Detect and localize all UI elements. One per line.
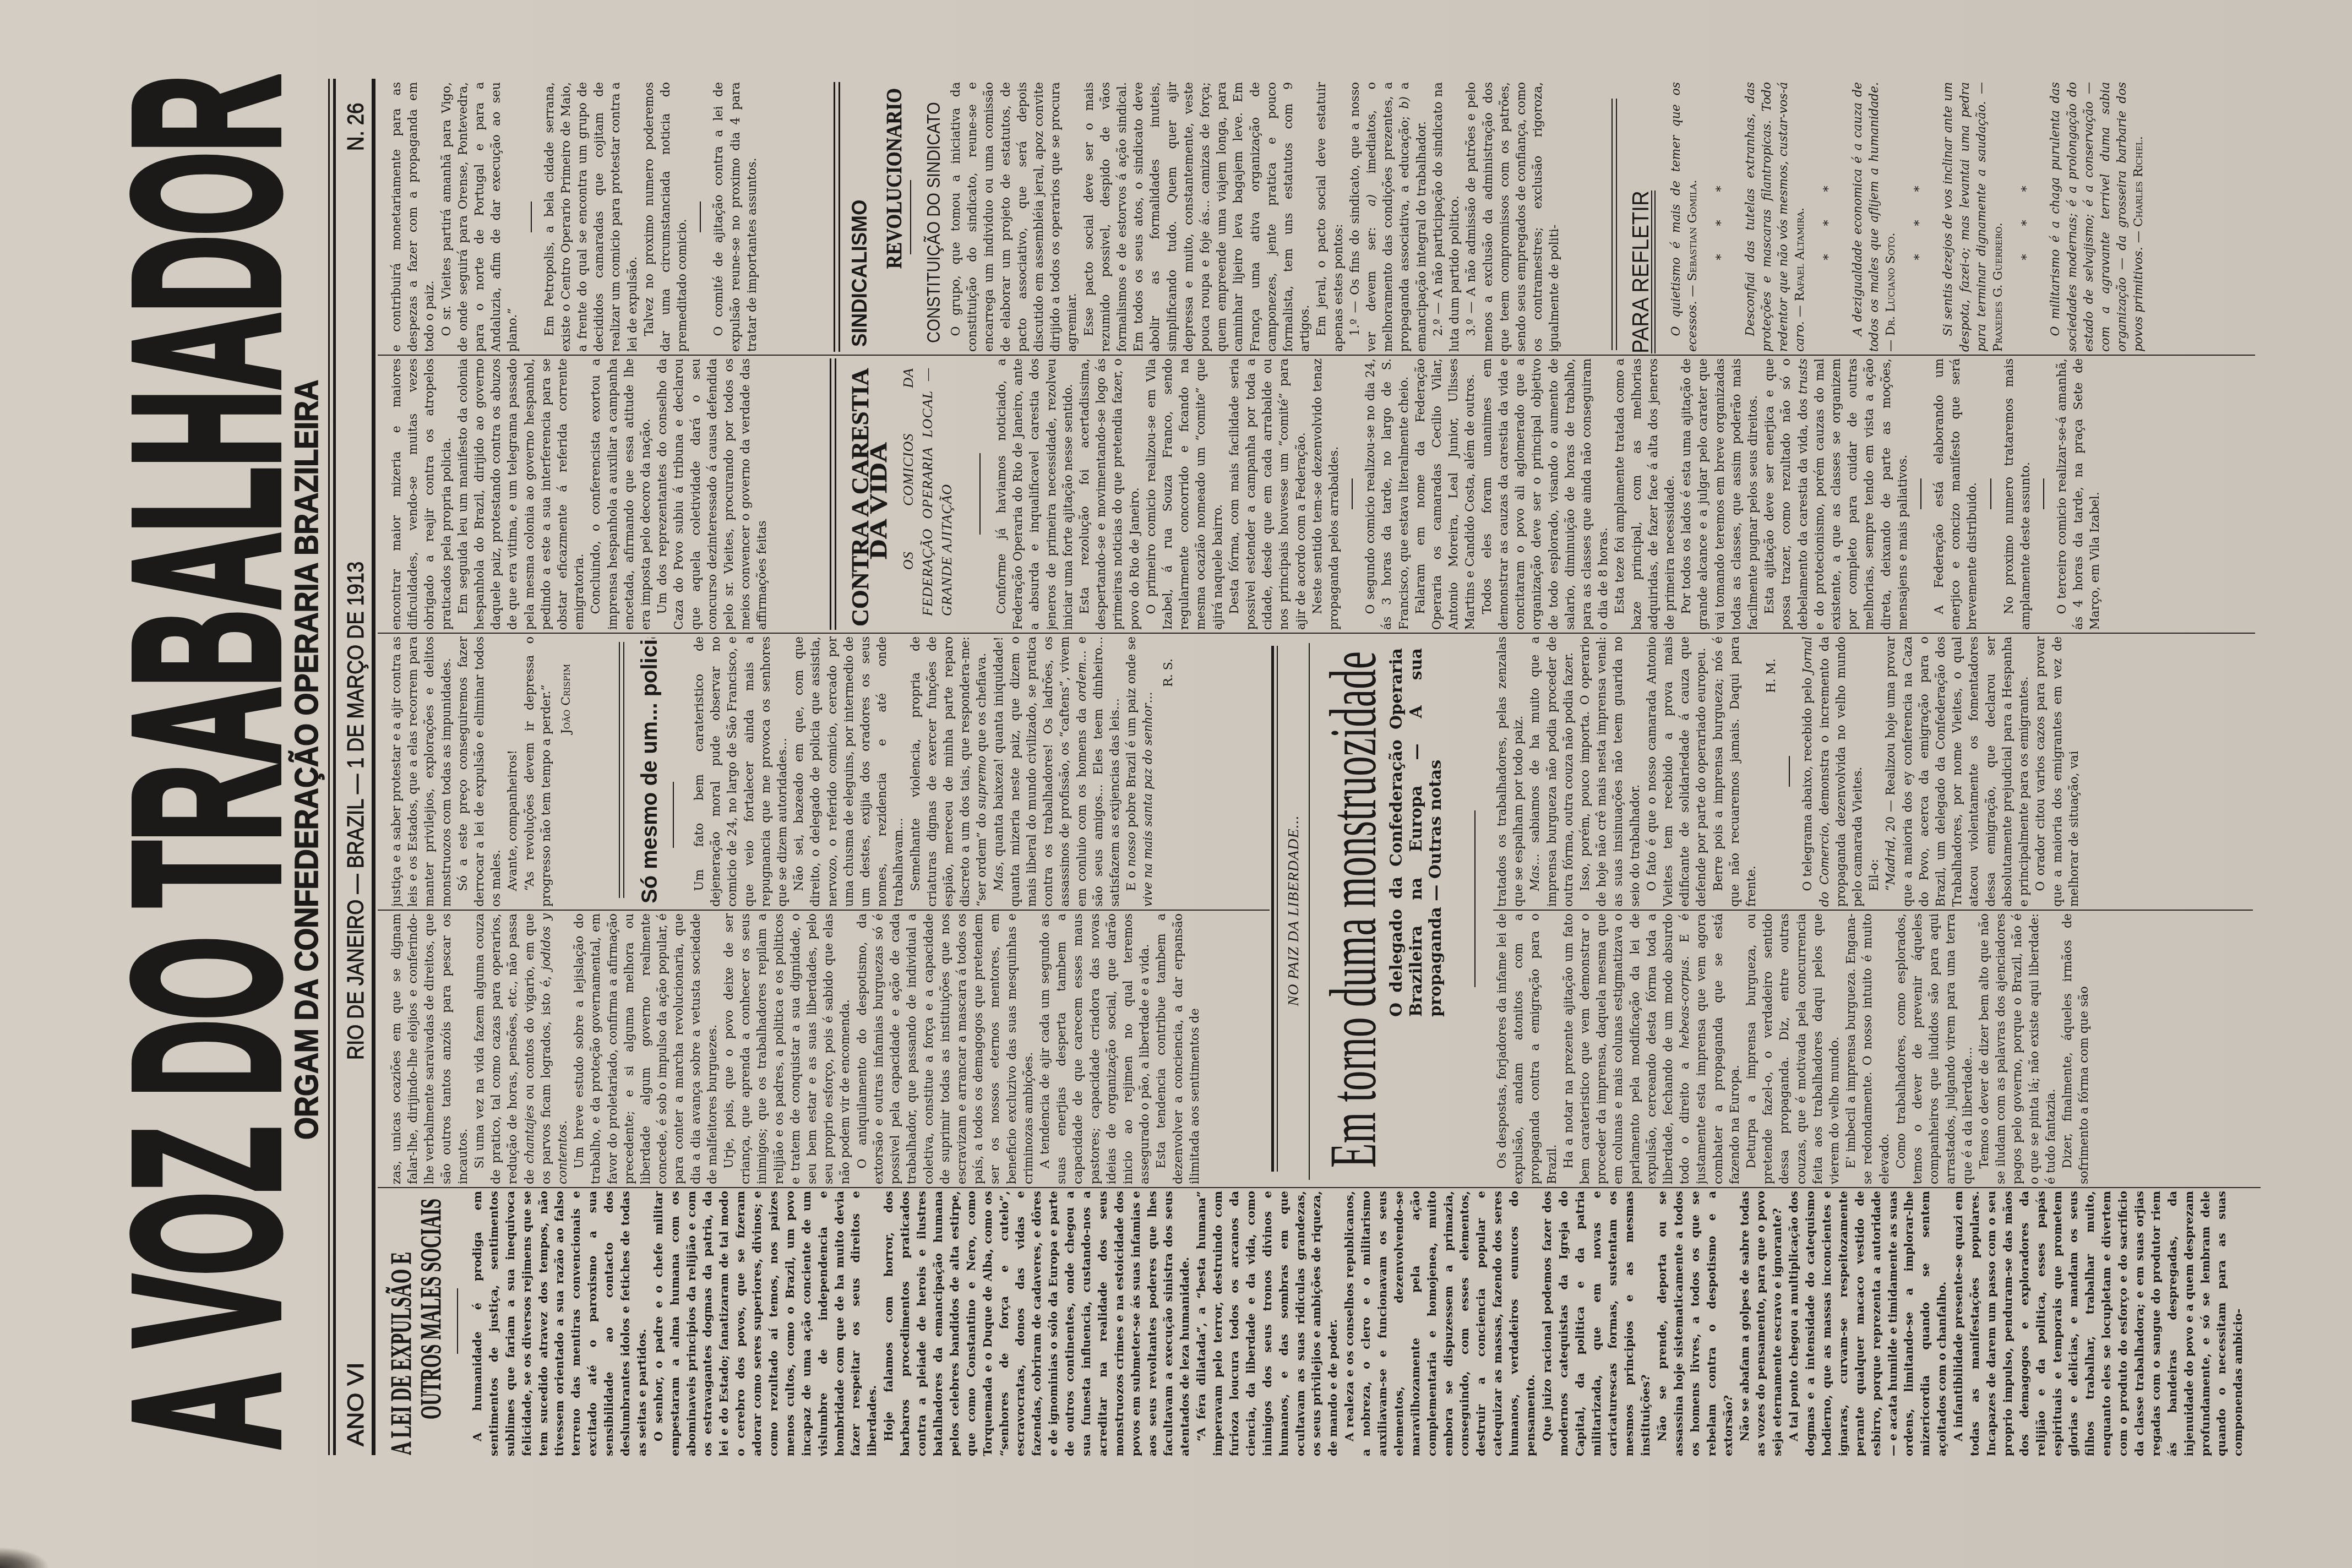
paragraph: Como trabalhadores, como esplorados, tem… bbox=[1893, 913, 1977, 1184]
paragraph: Berre pois a imprensa burgueza; nós é qu… bbox=[1711, 636, 1761, 907]
title-line-2: REVOLUCIONARIO bbox=[888, 88, 902, 269]
paragraph: A Federação está elaborando um enerjico … bbox=[1931, 358, 1981, 630]
paragraph: Concluindo, o conferencista exortou a im… bbox=[588, 358, 655, 630]
separator-rule bbox=[1789, 756, 1790, 787]
paragraph: Esta ajitação deve ser enerjica e que po… bbox=[1762, 358, 1912, 630]
dateline-rule bbox=[372, 79, 375, 1455]
column-5-body-upper: e contribuirá monetariamente para as des… bbox=[389, 82, 825, 352]
column-divider-4 bbox=[378, 355, 2255, 356]
paragraph: “A féra dilatada”, a “besta humana” impe… bbox=[1193, 1191, 1341, 1456]
quote: A dezigualdade economica é a cauza de to… bbox=[1850, 82, 1900, 352]
paragraph: O comité de ajitação contra a lei de exp… bbox=[711, 82, 761, 352]
quote: Desconfiai das tutelas extranhas, das pr… bbox=[1743, 82, 1809, 352]
paragraph: Dizer, finalmente, áqueles irmãos de sof… bbox=[2060, 913, 2093, 1184]
paragraph: Isso, porém, pouco importa. O operario d… bbox=[1577, 636, 1644, 907]
paragraph: Avante, companheiros! bbox=[505, 636, 521, 907]
paragraph: Si uma vez na vida fazem alguma couza de… bbox=[472, 913, 571, 1184]
paragraph: O primeiro comicio realizou-se em Vila I… bbox=[1144, 358, 1227, 630]
paragraph: Não se abafam a golpes de sabre todas as… bbox=[1736, 1191, 1786, 1456]
paragraph: O fato é que o nosso camarada Antonio Vi… bbox=[1644, 636, 1711, 907]
title-line-1: SINDICALISMO bbox=[852, 199, 868, 347]
paragraph: tratados os trabalhadores, pelas zenzala… bbox=[1494, 636, 1527, 907]
paragraph: 1.º — Os fins do sindicato, que a nosso … bbox=[1347, 82, 1430, 352]
title-line-2: OUTROS MALES SOCIAIS bbox=[422, 1199, 441, 1419]
sindicalismo-subtitle: CONSTITUIÇÃO DO SINDICATO bbox=[927, 102, 941, 343]
section-double-rule-a bbox=[619, 642, 620, 898]
title-underline-b bbox=[1654, 190, 1656, 353]
paragraph: O aniquilamento do despotismo, da extors… bbox=[854, 913, 1037, 1184]
kicker-rule bbox=[1309, 643, 1310, 1180]
paragraph: Desta fórma, com mais facilidade seria p… bbox=[1227, 358, 1310, 630]
paragraph: Que juizo racional podemos fazer dos mod… bbox=[1539, 1191, 1654, 1456]
paragraph: O orador citou varios cazos para provar … bbox=[2033, 636, 2083, 907]
title-underrule bbox=[673, 782, 674, 848]
section-thick-rule bbox=[1271, 646, 1274, 1172]
title-text: PARA REFLETIR bbox=[1632, 190, 1649, 353]
title-line-2: DA VIDA bbox=[870, 442, 886, 559]
paragraph: O sr. Vieites partirá amanhã para Vigo, … bbox=[439, 82, 522, 352]
carestia-subtitle: OS COMICIOS DA FEDERAÇÃO OPERARIA LOCAL … bbox=[899, 368, 956, 616]
paragraph: E o nosso pobre Brazil é um paiz onde se… bbox=[1124, 636, 1157, 907]
paragraph: Por todos os lados é esta uma ajitação d… bbox=[1679, 358, 1762, 630]
title-underrule bbox=[910, 180, 911, 254]
masthead-subtitle-text: ORGAM DA CONFEDERAÇÃO OPERARIA BRAZILEIR… bbox=[294, 380, 319, 1140]
kicker-no-paiz-da-liberdade: NO PAIZ DA LIBERDADE... bbox=[1286, 637, 1302, 1184]
paragraph: Ha a notar na prezente ajitação um fato … bbox=[1561, 913, 1744, 1184]
section-thin-rule bbox=[1277, 646, 1278, 1172]
column-5-sindicalismo-body: O grupo, que tomou a iniciativa da const… bbox=[948, 82, 1600, 352]
column-divider-3 bbox=[378, 633, 2255, 634]
issue-number-text: N. 26 bbox=[347, 103, 364, 151]
paragraph: Um dos reprezentantes do conselho da Caz… bbox=[655, 358, 771, 630]
article-title-carestia-line2: DA VIDA bbox=[870, 442, 886, 559]
paragraph: Deturpa a imprensa burgueza, ou pretende… bbox=[1744, 913, 1843, 1184]
paragraph: O telegrama abaixo, recebido pelo Jornal… bbox=[1800, 636, 1866, 907]
quote: Si sentis dezejos de vos inclinar ante u… bbox=[1940, 82, 2007, 352]
masthead-subtitle: ORGAM DA CONFEDERAÇÃO OPERARIA BRAZILEIR… bbox=[294, 380, 319, 1140]
paragraph: Talvez no proximo numero poderemos dar u… bbox=[641, 82, 692, 352]
paragraph: Em jeral, o pacto social deve estatuir a… bbox=[1314, 82, 1347, 352]
column-3-policia-body: Um fato bem carateristico de dejeneração… bbox=[692, 636, 1259, 907]
paragraph: A tal ponto chegou a multiplicação dos d… bbox=[1785, 1191, 1950, 1456]
article-title-sindicalismo-line1: SINDICALISMO bbox=[852, 199, 868, 347]
separator-rule bbox=[2043, 479, 2044, 510]
paragraph: Só a este preço conseguiremos fazer derr… bbox=[455, 636, 505, 907]
col4-double-rule-a bbox=[830, 358, 831, 630]
paragraph: O terceiro comicio realizar-se-á amanhã,… bbox=[2054, 358, 2104, 630]
column-divider-1 bbox=[378, 1187, 2261, 1188]
place-date-text: RIO DE JANEIRO — BRAZIL — 1 DE MARÇO DE … bbox=[347, 562, 364, 1060]
paragraph: O senhor, o padre e o chefe militar empe… bbox=[650, 1191, 880, 1456]
ornament-asterisks: * * * bbox=[1912, 82, 1928, 352]
para-refletir-double-rule-b bbox=[1616, 99, 1617, 350]
paragraph: Em Petropolis, a bela cidade serrana, ex… bbox=[542, 82, 641, 352]
ornament-asterisks: * * * bbox=[1713, 82, 1730, 352]
paragraph: 2.º — A não participação do sindicato na… bbox=[1430, 82, 1463, 352]
col5-double-rule-a bbox=[834, 82, 835, 352]
subheadline-rule bbox=[1474, 810, 1476, 987]
column-3-body-lower: tratados os trabalhadores, pelas zenzala… bbox=[1494, 636, 2246, 907]
paragraph: Os despostas, forjadores da infame lei d… bbox=[1494, 913, 1561, 1184]
headline-monstruozidade: Em torno duma monstruozidade bbox=[1331, 651, 1375, 1168]
paragraph: Esta tendencia contribue tambem a dezenv… bbox=[1153, 913, 1204, 1184]
separator-rule bbox=[1920, 479, 1921, 510]
place-date: RIO DE JANEIRO — BRAZIL — 1 DE MARÇO DE … bbox=[347, 562, 364, 1060]
paragraph: Todos eles foram unanimes em demonstrar … bbox=[1479, 358, 1613, 630]
paragraph: Falaram em nome da Federação Operaria os… bbox=[1413, 358, 1479, 630]
title-line-1: A LEI DE EXPULSÃO E bbox=[392, 1252, 411, 1455]
article-title-policia: Só mesmo de um... policia bbox=[636, 638, 663, 903]
signature: João Crispim bbox=[558, 636, 575, 907]
separator-rule bbox=[531, 202, 532, 232]
headline-text: Em torno duma monstruozidade bbox=[1331, 651, 1375, 1168]
article-title-sindicalismo-line2: REVOLUCIONARIO bbox=[888, 88, 902, 269]
masthead-title-text: A VOZ DO TRABALHADOR bbox=[128, 75, 285, 1450]
subheadline-delegado: O delegado da Confederação Operaria Braz… bbox=[1387, 648, 1446, 1017]
paragraph: Conforme já haviamos noticiado, a Federa… bbox=[994, 358, 1077, 630]
column-divider-2-upper bbox=[378, 910, 1270, 911]
paragraph: Esta teze foi amplamente tratada como a … bbox=[1612, 358, 1679, 630]
paragraph: Mas... sabiamos de ha muito que a impren… bbox=[1527, 636, 1577, 907]
paragraph: Semelhante violencia, propria de criatur… bbox=[908, 636, 991, 907]
paragraph: “Madrid, 20 — Realizou hoje uma provar q… bbox=[1883, 636, 2033, 907]
separator-rule bbox=[700, 202, 701, 232]
column-5-quotes: O quietismo é mais de temer que os ecess… bbox=[1668, 82, 2250, 352]
quote: O militarismo é a chaga purulenta das so… bbox=[2048, 82, 2147, 352]
paragraph: Não sei, bazeado em que, com que direito… bbox=[791, 636, 907, 907]
subtitle-text: CONSTITUIÇÃO DO SINDICATO bbox=[927, 102, 941, 343]
paragraph: O segundo comicio realizou-se no dia 24,… bbox=[1363, 358, 1413, 630]
section-title-para-refletir: PARA REFLETIR bbox=[1632, 190, 1649, 353]
paragraph: Temos o dever de dizer bem alto que não … bbox=[1977, 913, 2060, 1184]
paragraph: Mas, quanta baixeza! quanta iniquidade! … bbox=[991, 636, 1124, 907]
section-double-rule-b bbox=[623, 642, 624, 898]
paragraph: Esse pacto social deve ser o mais rezumi… bbox=[1081, 82, 1314, 352]
col5-double-rule-b bbox=[839, 82, 840, 352]
title-underrule bbox=[457, 1288, 458, 1354]
masthead-title: A VOZ DO TRABALHADOR bbox=[128, 75, 285, 1450]
paragraph: Hoje falamos com horror, dos barbaros pr… bbox=[880, 1191, 1193, 1456]
paragraph: A humanidade é prodiga em sentimentos de… bbox=[469, 1191, 650, 1456]
column-divider-2-lower bbox=[1493, 910, 2253, 911]
paragraph: No proximo numero trataremos mais amplam… bbox=[2001, 358, 2034, 630]
paragraph: 3.º — A não admissão de patrões e pelo m… bbox=[1463, 82, 1563, 352]
masthead-rule-thin bbox=[328, 79, 330, 1455]
paragraph: Um breve estudo sobre a lejislação do tr… bbox=[571, 913, 721, 1184]
column-3-body-upper: justiça e a saber protestar e a ajir con… bbox=[389, 636, 609, 907]
article-title-lei-expulsao-line2: OUTROS MALES SOCIAIS bbox=[422, 1199, 441, 1419]
article-title-lei-expulsao-line1: A LEI DE EXPULSÃO E bbox=[392, 1252, 411, 1455]
paragraph: encontrar maior mizeria e maiores dificu… bbox=[389, 358, 455, 630]
volume-label: ANO VI bbox=[347, 1363, 364, 1446]
paragraph: Neste sentido tem-se dezenvolvido tenaz … bbox=[1310, 358, 1343, 630]
column-4-carestia-body: Conforme já haviamos noticiado, a Federa… bbox=[994, 358, 2246, 630]
paragraph: Urje, pois, que o povo deixe de ser cria… bbox=[721, 913, 854, 1184]
para-refletir-double-rule-a bbox=[1611, 99, 1613, 350]
signature: H. M. bbox=[1763, 636, 1780, 907]
separator-rule bbox=[1352, 479, 1353, 510]
paragraph: A realeza e os conselhos republicanos, a… bbox=[1341, 1191, 1539, 1456]
issue-number: N. 26 bbox=[347, 103, 364, 151]
newspaper-page: A VOZ DO TRABALHADOR ORGAM DA CONFEDERAÇ… bbox=[0, 0, 2352, 1568]
paragraph: Em seguida leu um manifesto da colonia h… bbox=[455, 358, 589, 630]
ornament-asterisks: * * * bbox=[1821, 82, 1837, 352]
column-1-body: A humanidade é prodiga em sentimentos de… bbox=[469, 1191, 2261, 1456]
paragraph: Eil-o: bbox=[1866, 636, 1883, 907]
masthead-rule-thick bbox=[333, 79, 336, 1455]
column-4-body-upper: encontrar maior mizeria e maiores dificu… bbox=[389, 358, 825, 630]
paragraph: A tendencia de ajir cada um segundo as s… bbox=[1037, 913, 1153, 1184]
title-underrule bbox=[979, 453, 981, 535]
paragraph: A infantibilidade presente-se quazi em t… bbox=[1950, 1191, 2246, 1456]
volume-text: ANO VI bbox=[347, 1363, 364, 1446]
signature: R. S. bbox=[1161, 636, 1177, 907]
paragraph: Não se prende, deporta ou se assassina h… bbox=[1654, 1191, 1736, 1456]
paragraph: zas, unicas ocaziões em que se dignam fa… bbox=[389, 913, 472, 1184]
col4-double-rule-b bbox=[835, 358, 836, 630]
paragraph: justiça e a saber protestar e a ajir con… bbox=[389, 636, 455, 907]
separator-rule bbox=[1990, 479, 1991, 510]
column-2-body-upper: zas, unicas ocaziões em que se dignam fa… bbox=[389, 913, 1263, 1184]
paragraph: e contribuirá monetariamente para as des… bbox=[389, 82, 439, 352]
ornament-asterisks: * * * bbox=[2019, 82, 2035, 352]
paragraph: Esta rezolução foi acertadissima, desper… bbox=[1077, 358, 1144, 630]
column-2-body-lower: Os despostas, forjadores da infame lei d… bbox=[1494, 913, 2246, 1184]
paragraph: Um fato bem carateristico de dejeneração… bbox=[692, 636, 791, 907]
title-underline-a bbox=[1651, 190, 1652, 353]
quote: O quietismo é mais de temer que os ecess… bbox=[1668, 82, 1701, 352]
paragraph: “As revoluções devem ir depressa o progr… bbox=[522, 636, 555, 907]
paragraph: E' imbecil a imprensa burgueza. Engana-s… bbox=[1843, 913, 1893, 1184]
paragraph: O grupo, que tomou a iniciativa da const… bbox=[948, 82, 1081, 352]
